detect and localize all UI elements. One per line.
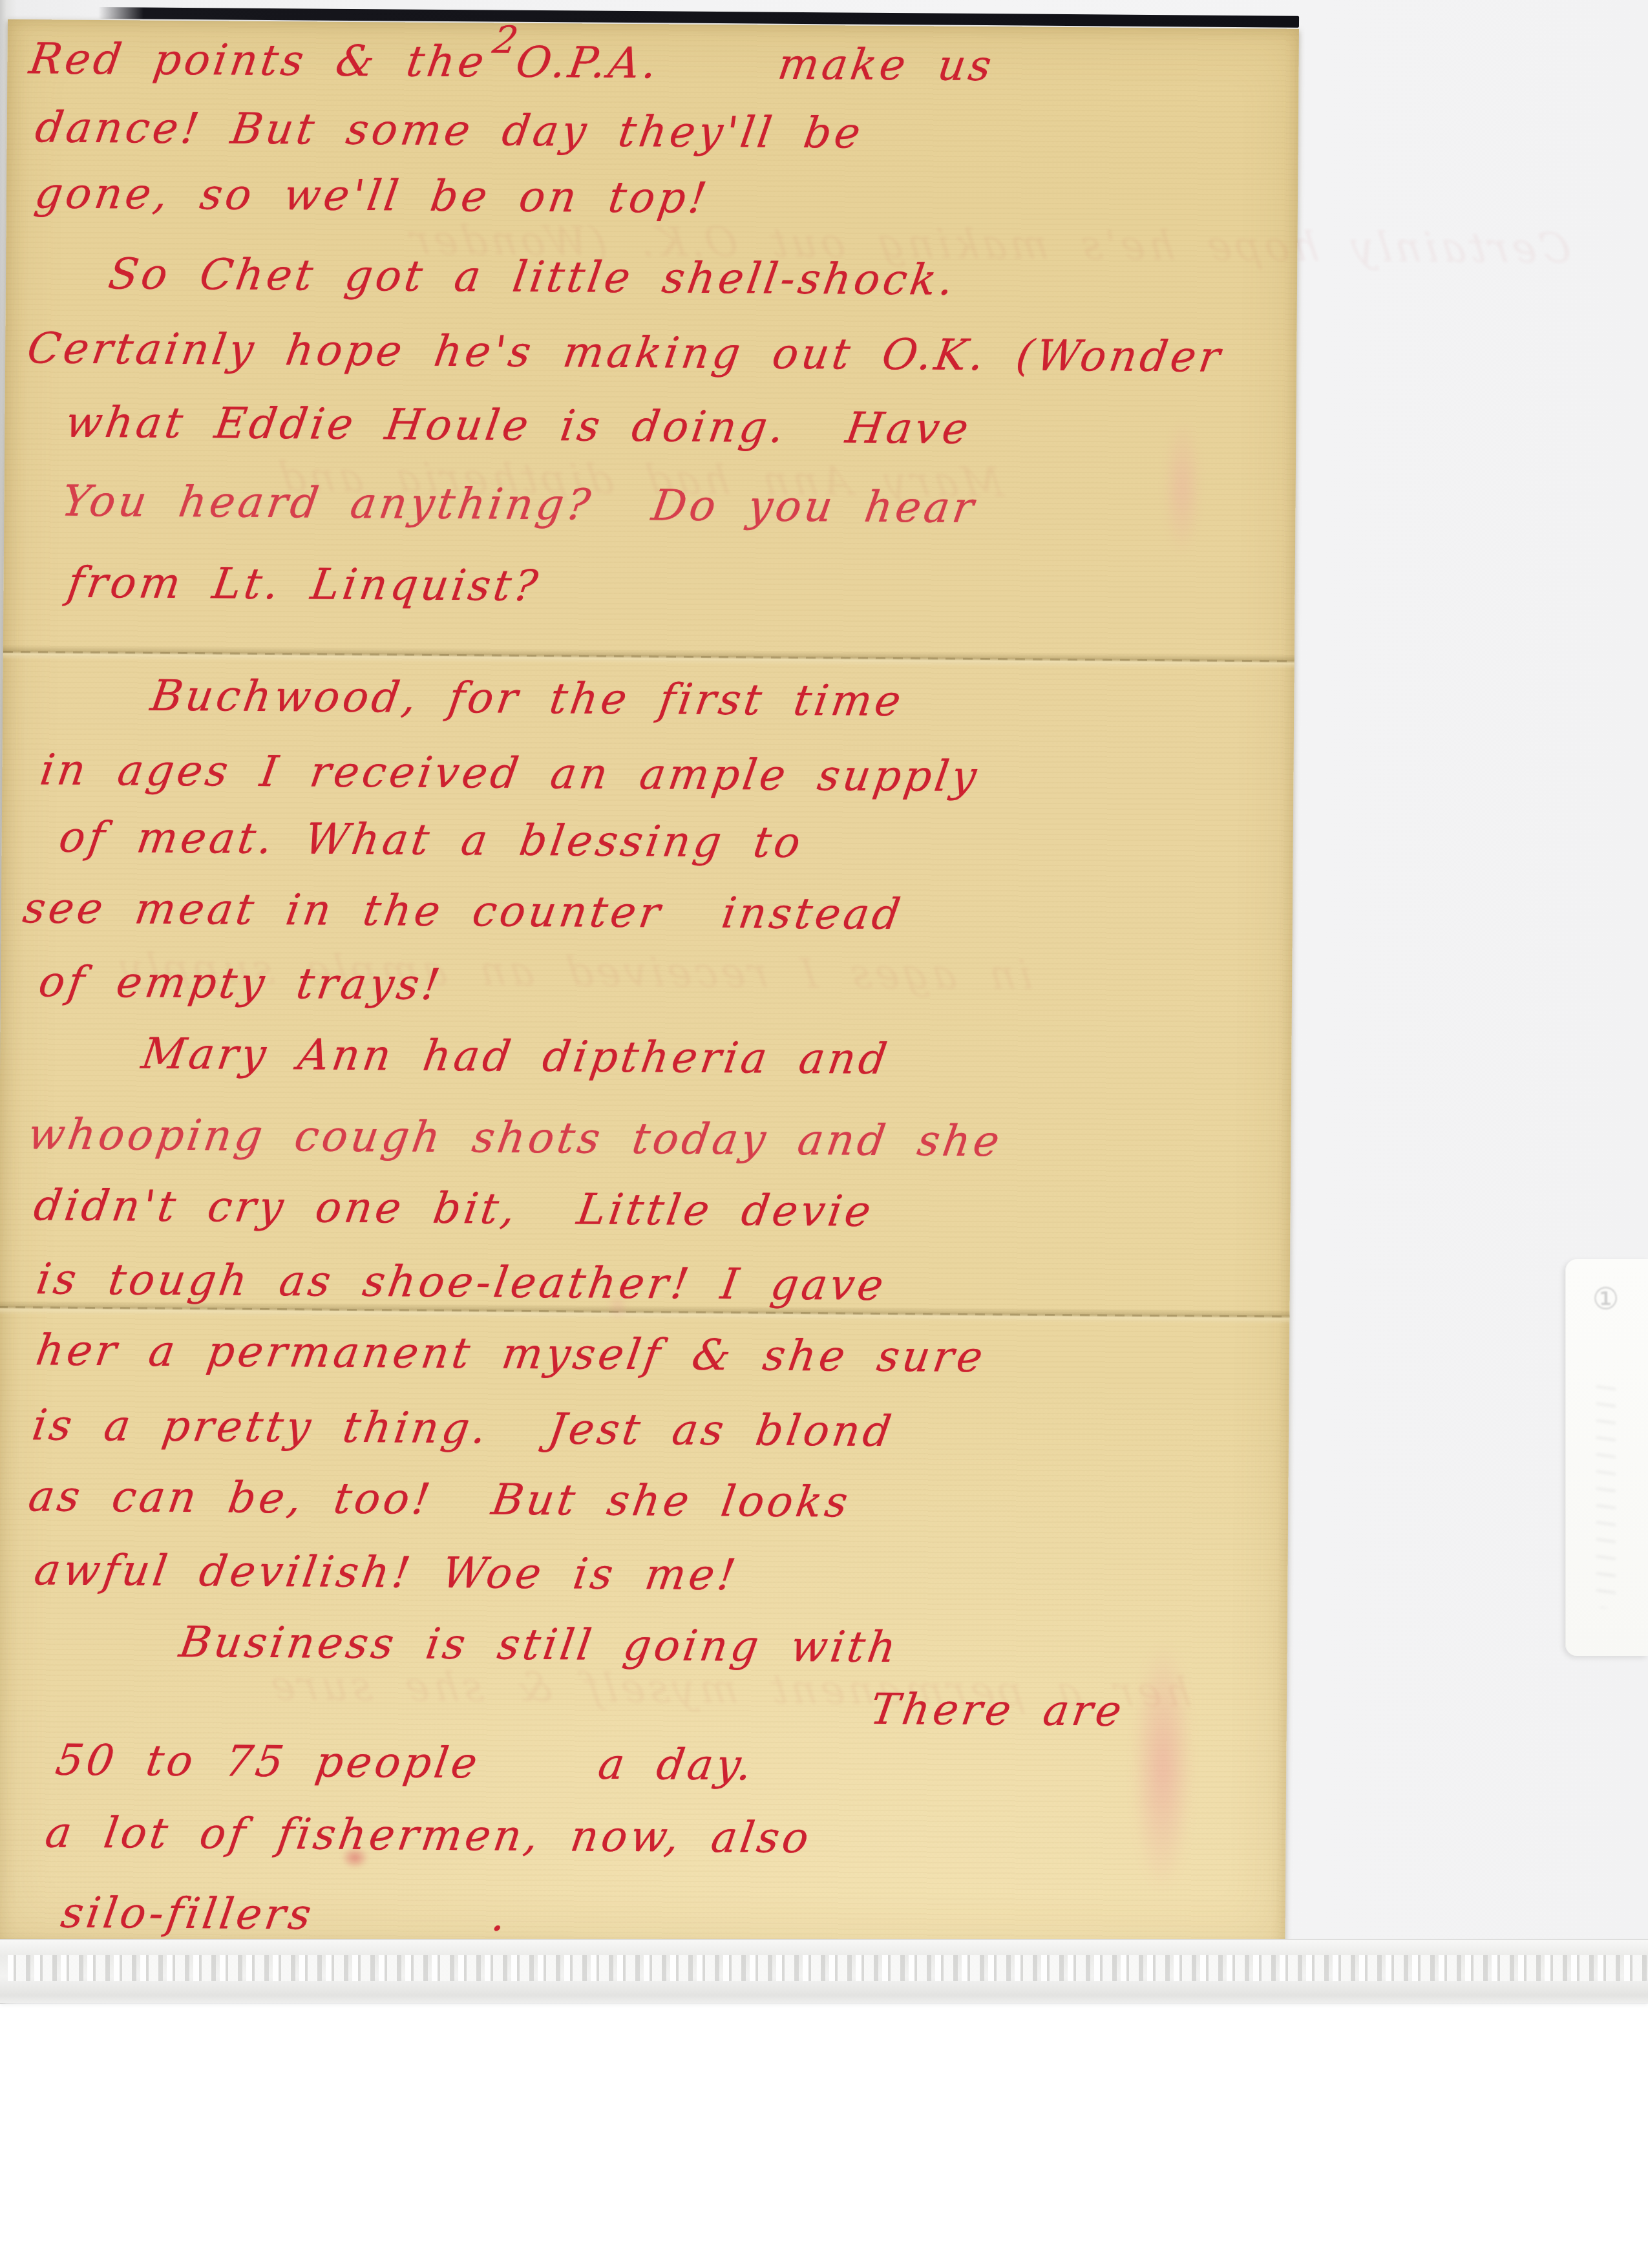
handwriting-line: her a permanent myself & she sure <box>34 1329 989 1379</box>
handwriting-line: from Lt. Linquist? <box>65 562 543 608</box>
archival-tab: ① <box>1565 1259 1648 1656</box>
handwriting-line: dance! But some day they'll be <box>33 106 867 154</box>
handwriting-line: whooping cough shots today and she <box>25 1113 1005 1163</box>
handwriting-line: didn't cry one bit, Little devie <box>31 1184 876 1233</box>
letter-page: 2 Certainly hope he's making out O.K. (W… <box>0 19 1299 1955</box>
handwriting-line: Red points & the O.P.A. make us <box>26 37 997 87</box>
sheet-protector-edge <box>0 1939 1648 2003</box>
tab-pencil-scribble <box>1596 1375 1616 1608</box>
handwriting-line: in ages I received an ample supply <box>37 748 982 798</box>
fold-crease <box>3 645 1294 669</box>
sheet-protector-teeth <box>4 1955 1648 1981</box>
ink-smudge <box>1119 1592 1206 1942</box>
handwriting-line: So Chet got a little shell-shock. <box>106 253 959 302</box>
tab-circled-mark: ① <box>1592 1281 1619 1316</box>
handwriting-line: Buchwood, for the first time <box>148 675 907 723</box>
handwriting-line: see meat in the counter instead <box>21 887 906 936</box>
handwriting-line: is tough as shoe-leather! I gave <box>34 1258 889 1307</box>
handwriting-line: of meat. What a blessing to <box>56 816 806 864</box>
handwriting-line: silo-fillers . <box>58 1892 512 1938</box>
handwriting-line: Business is still going with <box>176 1621 902 1669</box>
handwriting-line: of empty trays! <box>36 960 446 1006</box>
handwriting-line: Mary Ann had diptheria and <box>139 1033 893 1081</box>
handwriting-line: is a pretty thing. Jest as blond <box>30 1404 897 1453</box>
handwriting-line: 50 to 75 people a day. <box>53 1739 758 1787</box>
handwriting-line: as can be, too! But she looks <box>26 1475 854 1523</box>
ink-smudge <box>1154 387 1210 588</box>
handwriting-line: a lot of fishermen, now, also <box>43 1812 814 1860</box>
handwriting-line: gone, so we'll be on top! <box>32 172 712 220</box>
handwriting-line: awful devilish! Woe is me! <box>32 1549 741 1596</box>
handwriting-line: There are <box>868 1688 1128 1733</box>
handwriting-line: You heard anything? Do you hear <box>59 480 979 529</box>
handwriting-line: Certainly hope he's making out O.K. (Won… <box>25 327 1226 378</box>
handwriting-line: what Eddie Houle is doing. Have <box>63 401 974 450</box>
